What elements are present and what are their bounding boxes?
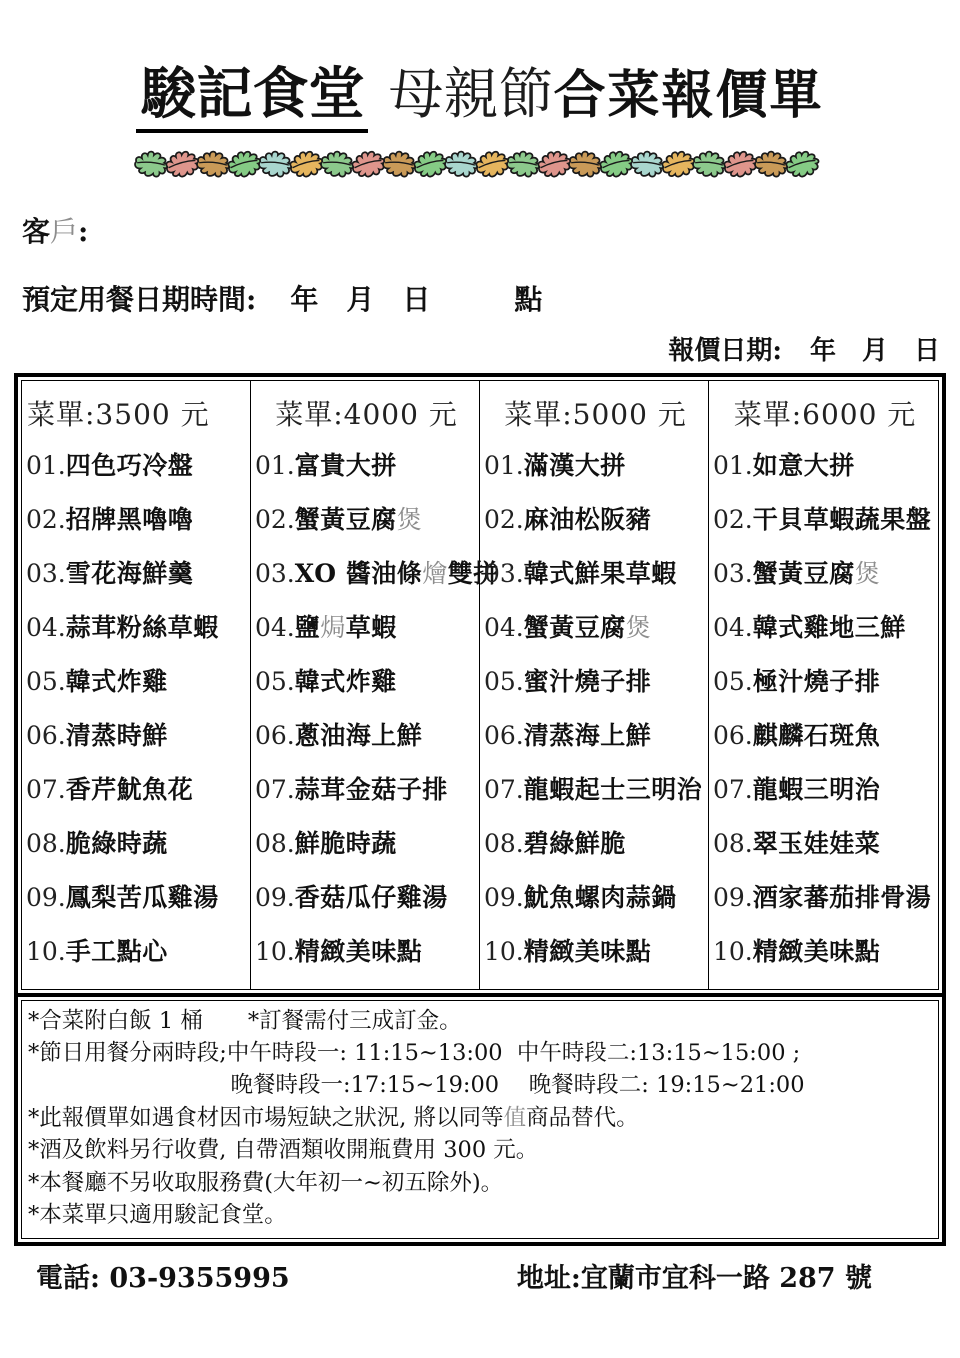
reservation-line: 預定用餐日期時間:年 月 日 點: [22, 278, 946, 318]
menu-item-number: 09.: [255, 883, 295, 912]
customer-line: 客戶:: [22, 210, 946, 250]
menu-item-number: 06.: [484, 721, 524, 750]
menu-item-number: 07.: [26, 775, 66, 804]
substituted-glyph: 煲: [855, 559, 881, 588]
quotation-document: 駿記食堂母親節合菜報價單 客戶: 預定用餐日期時間:年 月 日 點 報價日期:年…: [0, 50, 960, 1295]
menu-item: 07.龍蝦起士三明治: [484, 761, 707, 815]
menu-item-number: 02.: [713, 505, 753, 534]
menu-item-number: 04.: [484, 613, 524, 642]
substituted-glyph: 戶: [50, 215, 78, 248]
menu-item: 07.香芹魷魚花: [26, 761, 249, 815]
substituted-glyph: 值: [504, 1105, 527, 1131]
menu-item: 05.韓式炸雞: [26, 653, 249, 707]
substituted-glyph: 焗: [320, 613, 346, 642]
menu-item: 09.酒家蕃茄排骨湯: [713, 869, 937, 923]
menu-column: 菜單:5000 元01.滿漢大拼02.麻油松阪豬03.韓式鮮果草蝦04.蟹黃豆腐…: [480, 381, 709, 989]
substituted-glyph: 燴: [422, 559, 448, 588]
menu-item: 01.滿漢大拼: [484, 437, 707, 491]
note-line: *本菜單只適用駿記食堂。: [28, 1200, 934, 1232]
menu-item-number: 06.: [255, 721, 295, 750]
notes-list: *合菜附白飯 1 桶 *訂餐需付三成訂金。*節日用餐分兩時段;中午時段一: 11…: [21, 1000, 939, 1239]
menu-item: 06.麒麟石斑魚: [713, 707, 937, 761]
menu-price-header: 菜單:4000 元: [255, 381, 478, 437]
quote-date-line: 報價日期:年 月 日: [14, 330, 940, 367]
menu-item: 04.鹽焗草蝦: [255, 599, 478, 653]
menu-item-number: 10.: [26, 937, 66, 966]
menu-item-number: 10.: [713, 937, 753, 966]
reservation-date-fields: 年 月 日 點: [290, 283, 542, 316]
menu-item-number: 03.: [26, 559, 66, 588]
menu-item-number: 08.: [484, 829, 524, 858]
phone-number: 電話: 03-9355995: [36, 1256, 290, 1295]
menu-item: 01.富貴大拼: [255, 437, 478, 491]
menu-item: 02.蟹黃豆腐煲: [255, 491, 478, 545]
menu-item-number: 10.: [255, 937, 295, 966]
note-line: *此報價單如遇食材因市場短缺之狀況, 將以同等值商品替代。: [28, 1102, 934, 1134]
menu-price-header: 菜單:5000 元: [484, 381, 707, 437]
menu-item: 07.龍蝦三明治: [713, 761, 937, 815]
menu-item: 01.如意大拼: [713, 437, 937, 491]
menu-item-number: 05.: [255, 667, 295, 696]
menu-item-number: 09.: [26, 883, 66, 912]
menu-item: 07.蒜茸金菇子排: [255, 761, 478, 815]
menu-item: 04.蟹黃豆腐煲: [484, 599, 707, 653]
menu-item-number: 03.: [255, 559, 295, 588]
menu-column: 菜單:6000 元01.如意大拼02.干貝草蝦蔬果盤03.蟹黃豆腐煲04.韓式雞…: [709, 381, 938, 989]
menu-item: 09.香菇瓜仔雞湯: [255, 869, 478, 923]
menu-item-number: 03.: [484, 559, 524, 588]
quote-date-label: 報價日期:: [668, 336, 782, 366]
menu-item: 05.極汁燒子排: [713, 653, 937, 707]
menu-item-number: 07.: [713, 775, 753, 804]
reservation-label: 預定用餐日期時間:: [22, 283, 256, 316]
menu-item: 10.手工點心: [26, 923, 249, 977]
menu-item: 08.脆綠時蔬: [26, 815, 249, 869]
menu-item: 02.干貝草蝦蔬果盤: [713, 491, 937, 545]
menu-item: 05.蜜汁燒子排: [484, 653, 707, 707]
menu-item: 03.蟹黃豆腐煲: [713, 545, 937, 599]
substituted-glyph: 煲: [397, 505, 423, 534]
leaf-border: [14, 144, 946, 184]
menu-item-number: 05.: [484, 667, 524, 696]
menu-column: 菜單:3500 元01.四色巧冷盤02.招牌黑嚕嚕03.雪花海鮮羹04.蒜茸粉絲…: [22, 381, 251, 989]
menu-item-number: 04.: [26, 613, 66, 642]
notes-box: *合菜附白飯 1 桶 *訂餐需付三成訂金。*節日用餐分兩時段;中午時段一: 11…: [14, 993, 946, 1246]
menu-item-number: 01.: [484, 451, 524, 480]
customer-label: 客戶:: [22, 215, 88, 248]
substituted-glyph: 煲: [626, 613, 652, 642]
menu-item-number: 07.: [484, 775, 524, 804]
menu-item: 10.精緻美味點: [484, 923, 707, 977]
menu-item-number: 08.: [713, 829, 753, 858]
menu-item-number: 03.: [713, 559, 753, 588]
menu-item-number: 08.: [26, 829, 66, 858]
menu-item: 08.翠玉娃娃菜: [713, 815, 937, 869]
menu-item: 04.蒜茸粉絲草蝦: [26, 599, 249, 653]
note-line: 晚餐時段一:17:15~19:00 晚餐時段二: 19:15~21:00: [28, 1070, 934, 1102]
restaurant-name: 駿記食堂: [136, 61, 368, 133]
menu-table-box: 菜單:3500 元01.四色巧冷盤02.招牌黑嚕嚕03.雪花海鮮羹04.蒜茸粉絲…: [14, 373, 946, 997]
menu-item-number: 02.: [255, 505, 295, 534]
menu-item: 02.招牌黑嚕嚕: [26, 491, 249, 545]
menu-item: 03.XO 醬油條燴雙拼: [255, 545, 478, 599]
address: 地址:宜蘭市宜科一路 287 號: [517, 1256, 872, 1295]
menu-item-number: 08.: [255, 829, 295, 858]
note-line: *節日用餐分兩時段;中午時段一: 11:15~13:00 中午時段二:13:15…: [28, 1037, 934, 1069]
menu-item-number: 06.: [713, 721, 753, 750]
menu-item-number: 01.: [255, 451, 295, 480]
menu-item: 10.精緻美味點: [713, 923, 937, 977]
menu-item: 04.韓式雞地三鮮: [713, 599, 937, 653]
leaf-icon: [781, 145, 823, 183]
menu-item: 10.精緻美味點: [255, 923, 478, 977]
menu-item: 09.魷魚螺肉蒜鍋: [484, 869, 707, 923]
menu-column: 菜單:4000 元01.富貴大拼02.蟹黃豆腐煲03.XO 醬油條燴雙拼04.鹽…: [251, 381, 480, 989]
event-name: 母親節: [388, 62, 553, 126]
menu-item-number: 04.: [255, 613, 295, 642]
menu-item-number: 05.: [713, 667, 753, 696]
menu-item-number: 09.: [713, 883, 753, 912]
menu-item-number: 07.: [255, 775, 295, 804]
menu-item-number: 02.: [26, 505, 66, 534]
quote-date-fields: 年 月 日: [810, 336, 940, 366]
menu-item-number: 01.: [713, 451, 753, 480]
menu-price-header: 菜單:6000 元: [713, 381, 937, 437]
menu-price-header: 菜單:3500 元: [26, 381, 249, 437]
menu-item-number: 10.: [484, 937, 524, 966]
menu-item: 06.清蒸海上鮮: [484, 707, 707, 761]
note-line: *本餐廳不另收取服務費(大年初一~初五除外)。: [28, 1167, 934, 1199]
menu-item-number: 09.: [484, 883, 524, 912]
note-line: *酒及飲料另行收費, 自帶酒類收開瓶費用 300 元。: [28, 1135, 934, 1167]
menu-item: 02.麻油松阪豬: [484, 491, 707, 545]
page-title: 駿記食堂母親節合菜報價單: [14, 50, 946, 130]
menu-item: 09.鳳梨苦瓜雞湯: [26, 869, 249, 923]
menu-item-number: 06.: [26, 721, 66, 750]
note-line: *合菜附白飯 1 桶 *訂餐需付三成訂金。: [28, 1005, 934, 1037]
menu-table: 菜單:3500 元01.四色巧冷盤02.招牌黑嚕嚕03.雪花海鮮羹04.蒜茸粉絲…: [21, 380, 939, 990]
menu-item: 06.清蒸時鮮: [26, 707, 249, 761]
menu-item-number: 04.: [713, 613, 753, 642]
menu-item-number: 01.: [26, 451, 66, 480]
menu-item-number: 05.: [26, 667, 66, 696]
menu-item: 06.蔥油海上鮮: [255, 707, 478, 761]
menu-item: 03.雪花海鮮羹: [26, 545, 249, 599]
menu-item: 08.碧綠鮮脆: [484, 815, 707, 869]
menu-item-number: 02.: [484, 505, 524, 534]
menu-item: 03.韓式鮮果草蝦: [484, 545, 707, 599]
menu-item: 05.韓式炸雞: [255, 653, 478, 707]
menu-item: 01.四色巧冷盤: [26, 437, 249, 491]
footer: 電話: 03-9355995 地址:宜蘭市宜科一路 287 號: [36, 1256, 940, 1295]
menu-item: 08.鮮脆時蔬: [255, 815, 478, 869]
document-type: 合菜報價單: [554, 66, 824, 126]
